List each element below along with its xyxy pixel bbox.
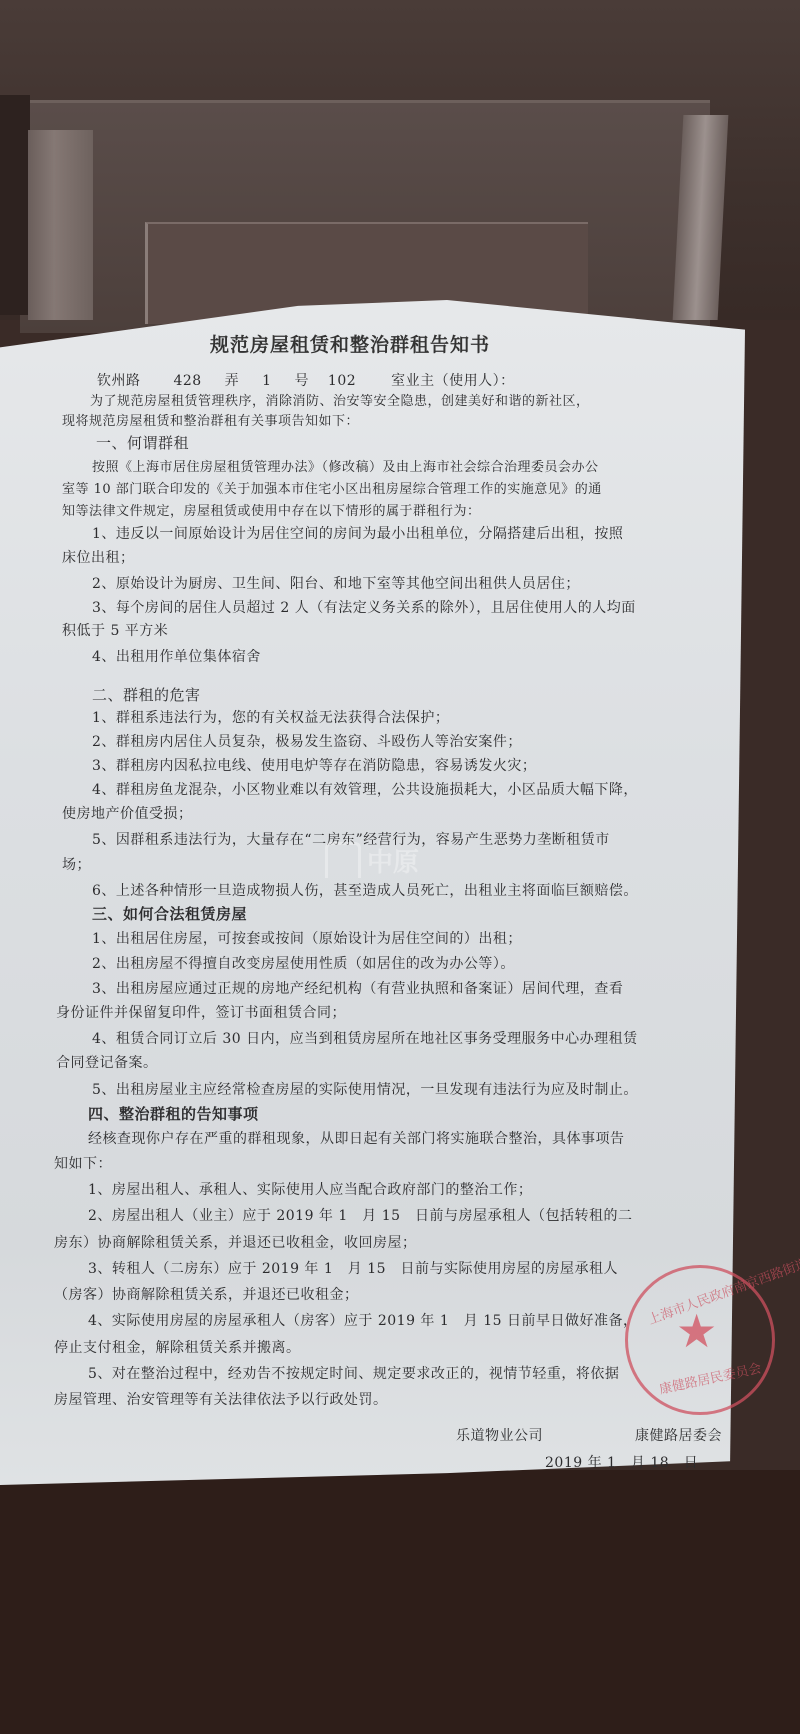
- section-1-line: 4、出租用作单位集体宿舍: [92, 646, 261, 666]
- recipient: 室业主（使用人）：: [391, 373, 515, 389]
- section-4-line: 4、实际使用房屋的房屋承租人（房客）应于 2019 年 1 月 15 日前早日做…: [88, 1310, 638, 1330]
- room-number: 102: [328, 373, 356, 389]
- section-1-line: 1、违反以一间原始设计为居住空间的房间为最小出租单位，分隔搭建后出租，按照: [92, 523, 623, 543]
- lane-number: 428: [173, 373, 201, 389]
- section-4-line: 经核查现你户存在严重的群租现象，从即日起有关部门将实施联合整治，具体事项告: [88, 1128, 625, 1148]
- section-3-line: 4、租赁合同订立后 30 日内，应当到租赁房屋所在地社区事务受理服务中心办理租赁: [92, 1028, 638, 1048]
- official-seal: 上海市人民政府南京西路街道办事处 ★ 康健路居民委员会: [625, 1265, 775, 1415]
- section-2-heading: 二、群租的危害: [92, 684, 201, 705]
- number-label: 号: [294, 373, 309, 389]
- section-3-line: 1、出租居住房屋，可按套或按间（原始设计为居住空间的）出租；: [92, 928, 522, 948]
- seal-text-bottom: 康健路居民委员会: [657, 1357, 763, 1397]
- signature-company: 乐道物业公司: [456, 1425, 543, 1445]
- section-4-line: 房东）协商解除租赁关系，并退还已收租金，收回房屋；: [54, 1232, 417, 1252]
- lane-label: 弄: [225, 373, 240, 389]
- section-3-line: 身份证件并保留复印件，签订书面租赁合同；: [56, 1002, 346, 1022]
- building-number: 1: [262, 373, 271, 389]
- section-3-line: 2、出租房屋不得擅自改变房屋使用性质（如居住的改为办公等）。: [92, 953, 515, 973]
- signature-committee: 康健路居委会: [635, 1425, 722, 1445]
- section-4-line: 1、房屋出租人、承租人、实际使用人应当配合政府部门的整治工作；: [88, 1179, 532, 1199]
- star-icon: ★: [676, 1308, 717, 1354]
- section-4-line: 房屋管理、治安管理等有关法律依法予以行政处罚。: [54, 1389, 388, 1409]
- intro-line-1: 为了规范房屋租赁管理秩序，消除消防、治安等安全隐患，创建美好和谐的新社区，: [90, 390, 590, 409]
- section-4-line: 5、对在整治过程中，经劝告不按规定时间、规定要求改正的，视情节轻重，将依据: [88, 1363, 619, 1383]
- seal-text-top: 上海市人民政府南京西路街道办事处: [645, 1239, 800, 1328]
- section-3-line: 5、出租房屋业主应经常检查房屋的实际使用情况，一旦发现有违法行为应及时制止。: [92, 1079, 638, 1099]
- section-4-line: （房客）协商解除租赁关系，并退还已收租金；: [54, 1284, 359, 1304]
- section-2-line: 2、群租房内居住人员复杂，极易发生盗窃、斗殴伤人等治安案件；: [92, 731, 522, 751]
- section-1-line: 知等法律文件规定，房屋租赁或使用中存在以下情形的属于群租行为：: [62, 500, 481, 519]
- section-1-line: 室等 10 部门联合印发的《关于加强本市住宅小区出租房屋综合管理工作的实施意见》…: [62, 478, 602, 497]
- address-line: 钦州路 428 弄 1 号 102 室业主（使用人）：: [97, 370, 515, 390]
- document-title: 规范房屋租赁和整治群租告知书: [210, 330, 490, 357]
- section-2-line: 4、群租房鱼龙混杂，小区物业难以有效管理，公共设施损耗大，小区品质大幅下降，: [92, 779, 638, 799]
- section-2-line: 场；: [62, 854, 91, 874]
- section-2-line: 1、群租系违法行为，您的有关权益无法获得合法保护；: [92, 707, 449, 727]
- section-4-line: 停止支付租金，解除租赁关系并搬离。: [54, 1337, 301, 1357]
- watermark: 中原: [325, 840, 465, 880]
- section-1-line: 积低于 5 平方米: [62, 620, 168, 640]
- section-1-line: 按照《上海市居住房屋租赁管理办法》（修改稿）及由上海市社会综合治理委员会办公: [92, 456, 599, 475]
- section-2-line: 3、群租房内因私拉电线、使用电炉等存在消防隐患，容易诱发火灾；: [92, 755, 536, 775]
- section-3-line: 3、出租房屋应通过正规的房地产经纪机构（有营业执照和备案证）居间代理，查看: [92, 978, 623, 998]
- section-1-heading: 一、何谓群租: [96, 432, 189, 453]
- building-logo-icon: [325, 842, 361, 878]
- section-1-line: 2、原始设计为厨房、卫生间、阳台、和地下室等其他空间出租供人员居住；: [92, 573, 580, 593]
- section-4-line: 知如下：: [54, 1153, 112, 1173]
- section-1-line: 床位出租；: [62, 547, 135, 567]
- signature-date: 2019 年 1 月 18 日: [545, 1452, 698, 1472]
- section-4-line: 3、转租人（二房东）应于 2019 年 1 月 15 日前与实际使用房屋的房屋承…: [88, 1258, 618, 1278]
- section-3-heading: 三、如何合法租赁房屋: [92, 903, 247, 924]
- section-3-line: 合同登记备案。: [56, 1052, 158, 1072]
- section-1-line: 3、每个房间的居住人员超过 2 人（有法定义务关系的除外），且居住使用人的人均面: [92, 597, 636, 617]
- road-name: 钦州路: [97, 373, 141, 389]
- section-2-line: 使房地产价值受损；: [62, 803, 193, 823]
- intro-line-2: 现将规范房屋租赁和整治群租有关事项告知如下：: [62, 410, 359, 429]
- watermark-text: 中原: [367, 842, 419, 879]
- section-4-line: 2、房屋出租人（业主）应于 2019 年 1 月 15 日前与房屋承租人（包括转…: [88, 1205, 633, 1225]
- section-2-line: 6、上述各种情形一旦造成物损人伤，甚至造成人员死亡，出租业主将面临巨额赔偿。: [92, 880, 638, 900]
- section-4-heading: 四、整治群租的告知事项: [88, 1103, 259, 1124]
- notice-document: 规范房屋租赁和整治群租告知书 钦州路 428 弄 1 号 102 室业主（使用人…: [0, 0, 800, 1734]
